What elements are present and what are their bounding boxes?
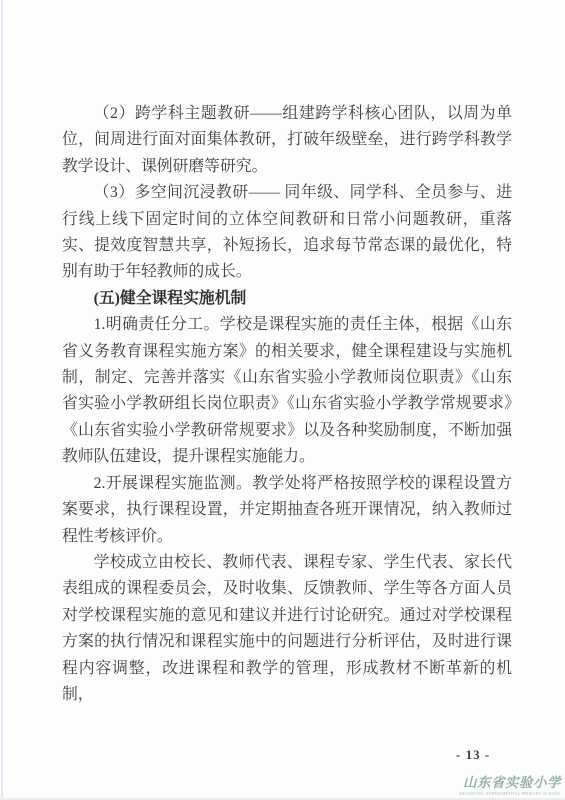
paragraph: 学校成立由校长、教师代表、课程专家、学生代表、家长代表组成的课程委员会，及时收集… xyxy=(62,550,512,708)
page-number: - 13 - xyxy=(456,747,490,763)
paragraph: 1.明确责任分工。学校是课程实施的责任主体，根据《山东省义务教育课程实施方案》的… xyxy=(62,312,512,470)
school-logo-english-name: SHANDONG EXPERIMENTAL PRIMARY SCHOOL xyxy=(459,791,561,796)
paragraph: 2.开展课程实施监测。教学处将严格按照学校的课程设置方案要求，执行课程设置，并定… xyxy=(62,471,512,550)
document-page: （2）跨学科主题教研——组建跨学科核心团队，以周为单位，间周进行面对面集体教研，… xyxy=(0,0,565,800)
scan-edge-left-artifact xyxy=(1,0,3,800)
school-logo: 山东省实验小学 SHANDONG EXPERIMENTAL PRIMARY SC… xyxy=(375,771,561,800)
paragraph: （3）多空间沉浸教研—— 同年级、同学科、全员参与、进行线上线下固定时间的立体空… xyxy=(62,180,512,286)
document-body: （2）跨学科主题教研——组建跨学科核心团队，以周为单位，间周进行面对面集体教研，… xyxy=(62,101,512,708)
school-logo-chinese-name: 山东省实验小学 xyxy=(375,771,561,791)
paragraph: （2）跨学科主题教研——组建跨学科核心团队，以周为单位，间周进行面对面集体教研，… xyxy=(62,101,512,180)
section-heading: (五)健全课程实施机制 xyxy=(62,286,512,312)
